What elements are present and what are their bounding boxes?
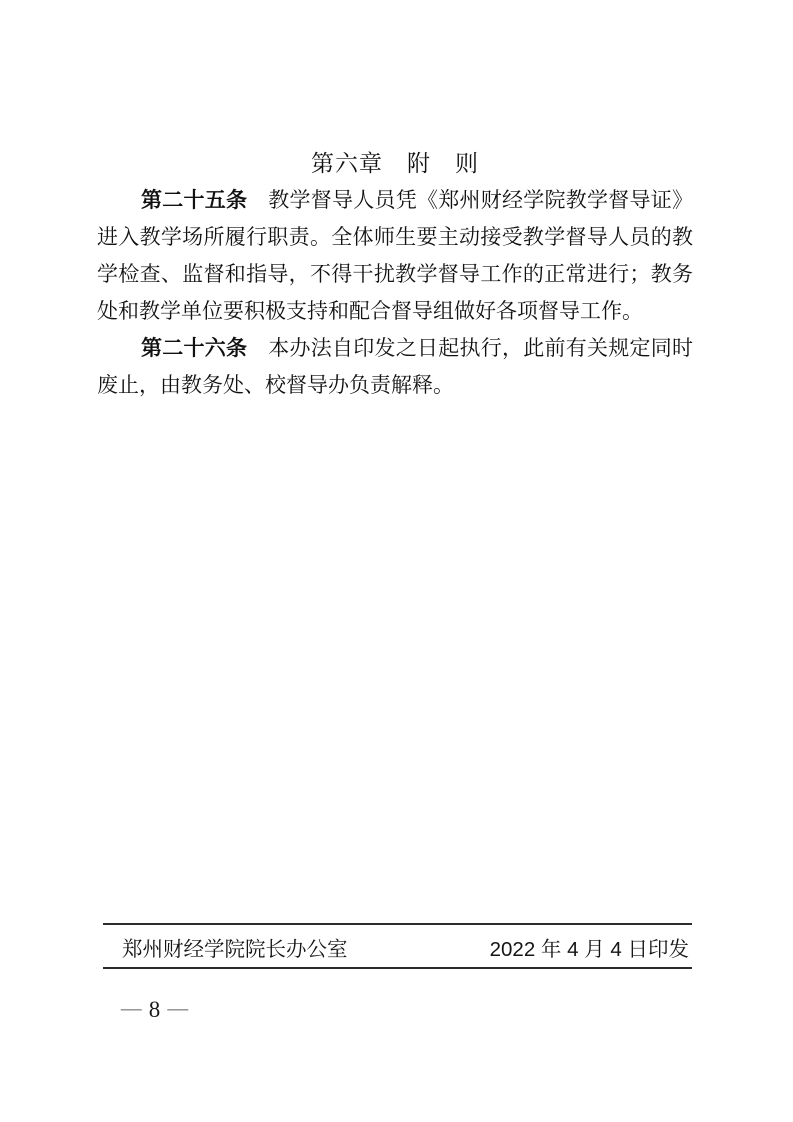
- page-number-value: 8: [149, 997, 161, 1022]
- colophon: 郑州财经学院院长办公室 2022 年 4 月 4 日印发: [103, 933, 692, 960]
- page-number-left-dash: —: [121, 997, 142, 1020]
- document-body: 第六章 附 则 第二十五条教学督导人员凭《郑州财经学院教学督导证》 进入教学场所…: [97, 145, 693, 404]
- colophon-bottom-rule: [103, 967, 692, 969]
- article-25-line-4: 处和教学单位要积极支持和配合督导组做好各项督导工作。: [97, 293, 693, 330]
- article-26-line-1: 第二十六条本办法自印发之日起执行，此前有关规定同时: [97, 330, 693, 367]
- chapter-heading: 第六章 附 则: [97, 145, 693, 182]
- issue-date: 2022 年 4 月 4 日印发: [490, 932, 692, 962]
- article-25-line-3: 学检查、监督和指导，不得干扰教学督导工作的正常进行；教务: [97, 256, 693, 293]
- article-25-line-2: 进入教学场所履行职责。全体师生要主动接受教学督导人员的教: [97, 219, 693, 256]
- page-number: —8—: [97, 996, 212, 1026]
- article-26-number: 第二十六条: [141, 337, 247, 360]
- article-25-line-1: 第二十五条教学督导人员凭《郑州财经学院教学督导证》: [97, 182, 693, 219]
- colophon-top-rule: [103, 923, 692, 925]
- document-page: 第六章 附 则 第二十五条教学督导人员凭《郑州财经学院教学督导证》 进入教学场所…: [0, 0, 793, 1122]
- article-26-line-2: 废止，由教务处、校督导办负责解释。: [97, 367, 693, 404]
- page-number-right-dash: —: [167, 997, 188, 1020]
- issuing-office: 郑州财经学院院长办公室: [103, 932, 348, 962]
- article-26-line-1-text: 本办法自印发之日起执行，此前有关规定同时: [268, 337, 693, 360]
- article-25-number: 第二十五条: [141, 189, 247, 212]
- article-25-line-1-text: 教学督导人员凭《郑州财经学院教学督导证》: [268, 189, 693, 212]
